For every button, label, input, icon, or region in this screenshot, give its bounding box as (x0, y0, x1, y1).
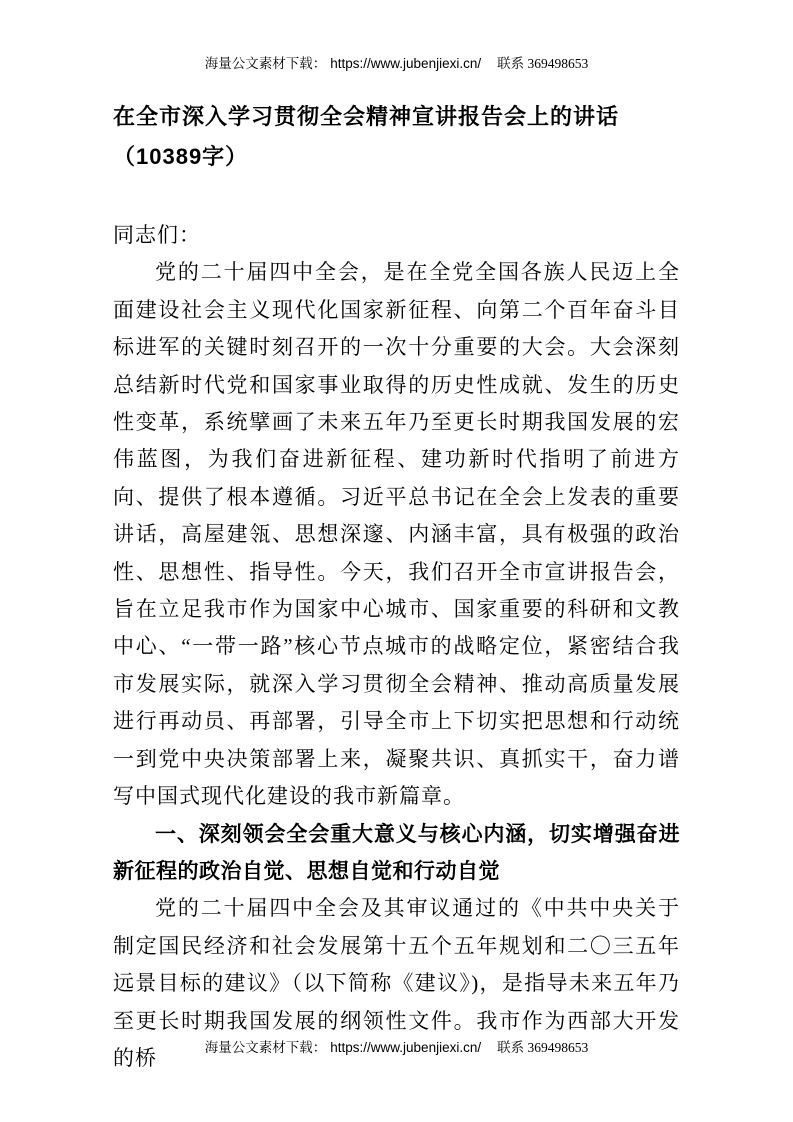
footer-download-label: 海量公文素材下载： (205, 1040, 327, 1055)
paragraph-1: 党的二十届四中全会，是在全党全国各族人民迈上全面建设社会主义现代化国家新征程、向… (113, 254, 680, 815)
page-footer: 海量公文素材下载：https://www.jubenjiexi.cn/联系 36… (0, 1040, 793, 1056)
footer-contact: 联系 369498653 (497, 1040, 588, 1055)
section-heading-1: 一、深刻领会全会重大意义与核心内涵，切实增强奋进新征程的政治自觉、思想自觉和行动… (113, 816, 680, 891)
salutation: 同志们： (113, 217, 680, 254)
document-content: 在全市深入学习贯彻全会精神宣讲报告会上的讲话（10389字） 同志们： 党的二十… (113, 0, 680, 1077)
document-page: 海量公文素材下载：https://www.jubenjiexi.cn/联系 36… (0, 0, 793, 1122)
document-title: 在全市深入学习贯彻全会精神宣讲报告会上的讲话（10389字） (113, 97, 680, 177)
footer-url: https://www.jubenjiexi.cn/ (330, 1040, 481, 1055)
